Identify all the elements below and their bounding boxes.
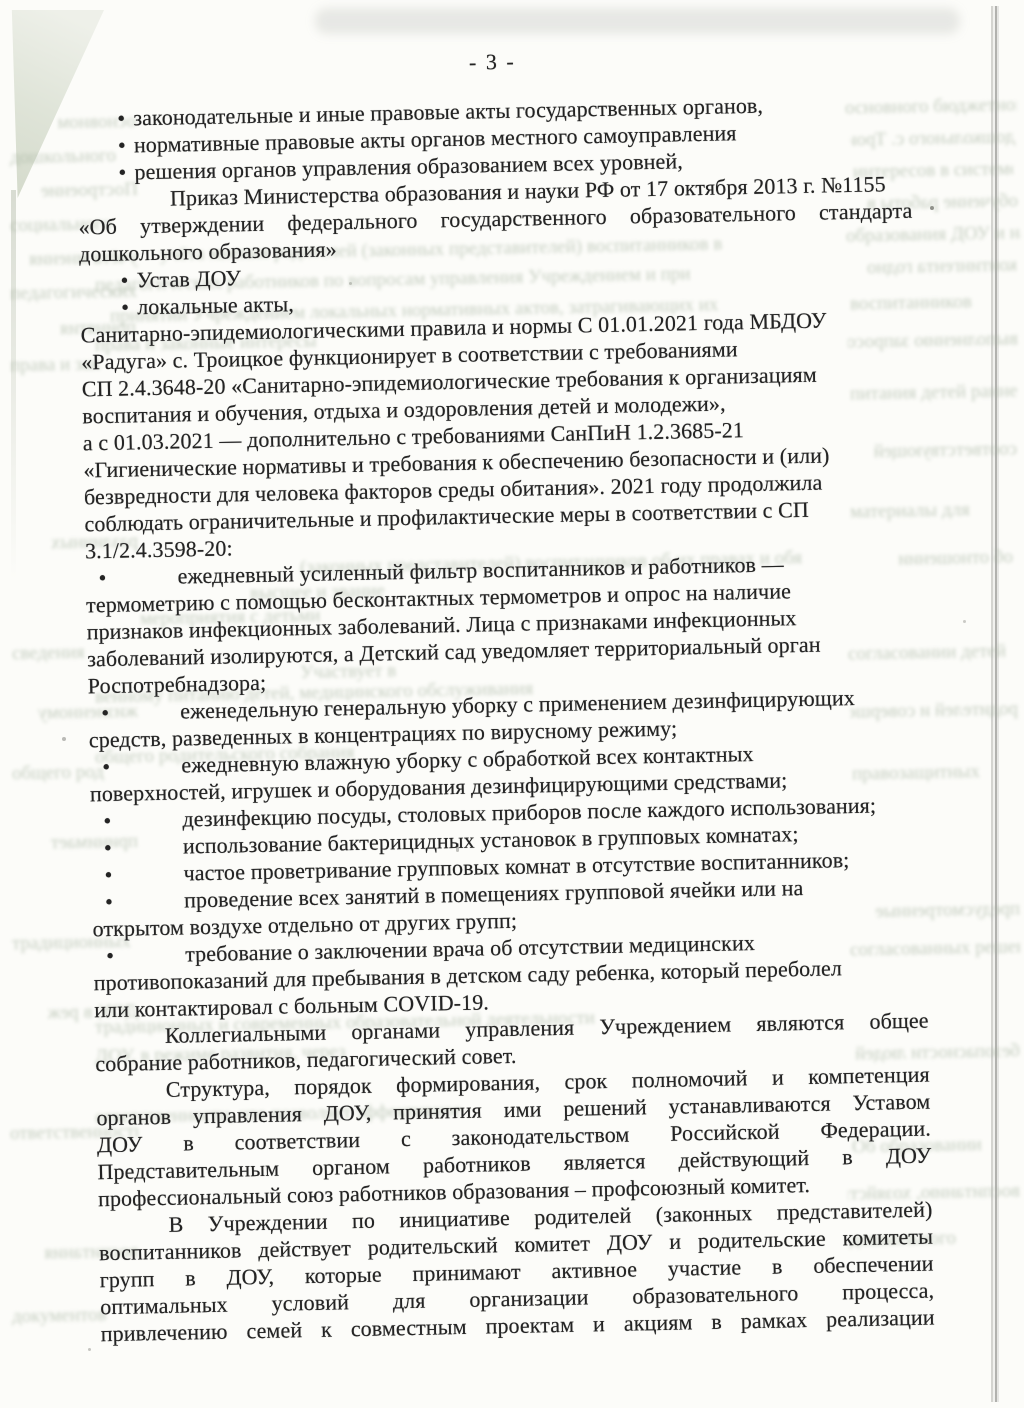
document-text: - 3 - законодательные и иные правовые ак… [75,40,935,1347]
scanned-document-page: основного бюджетногодошкольного с. Троиц… [0,0,1024,1408]
text-lines: законодательные и иные правовые акты гос… [76,89,935,1347]
